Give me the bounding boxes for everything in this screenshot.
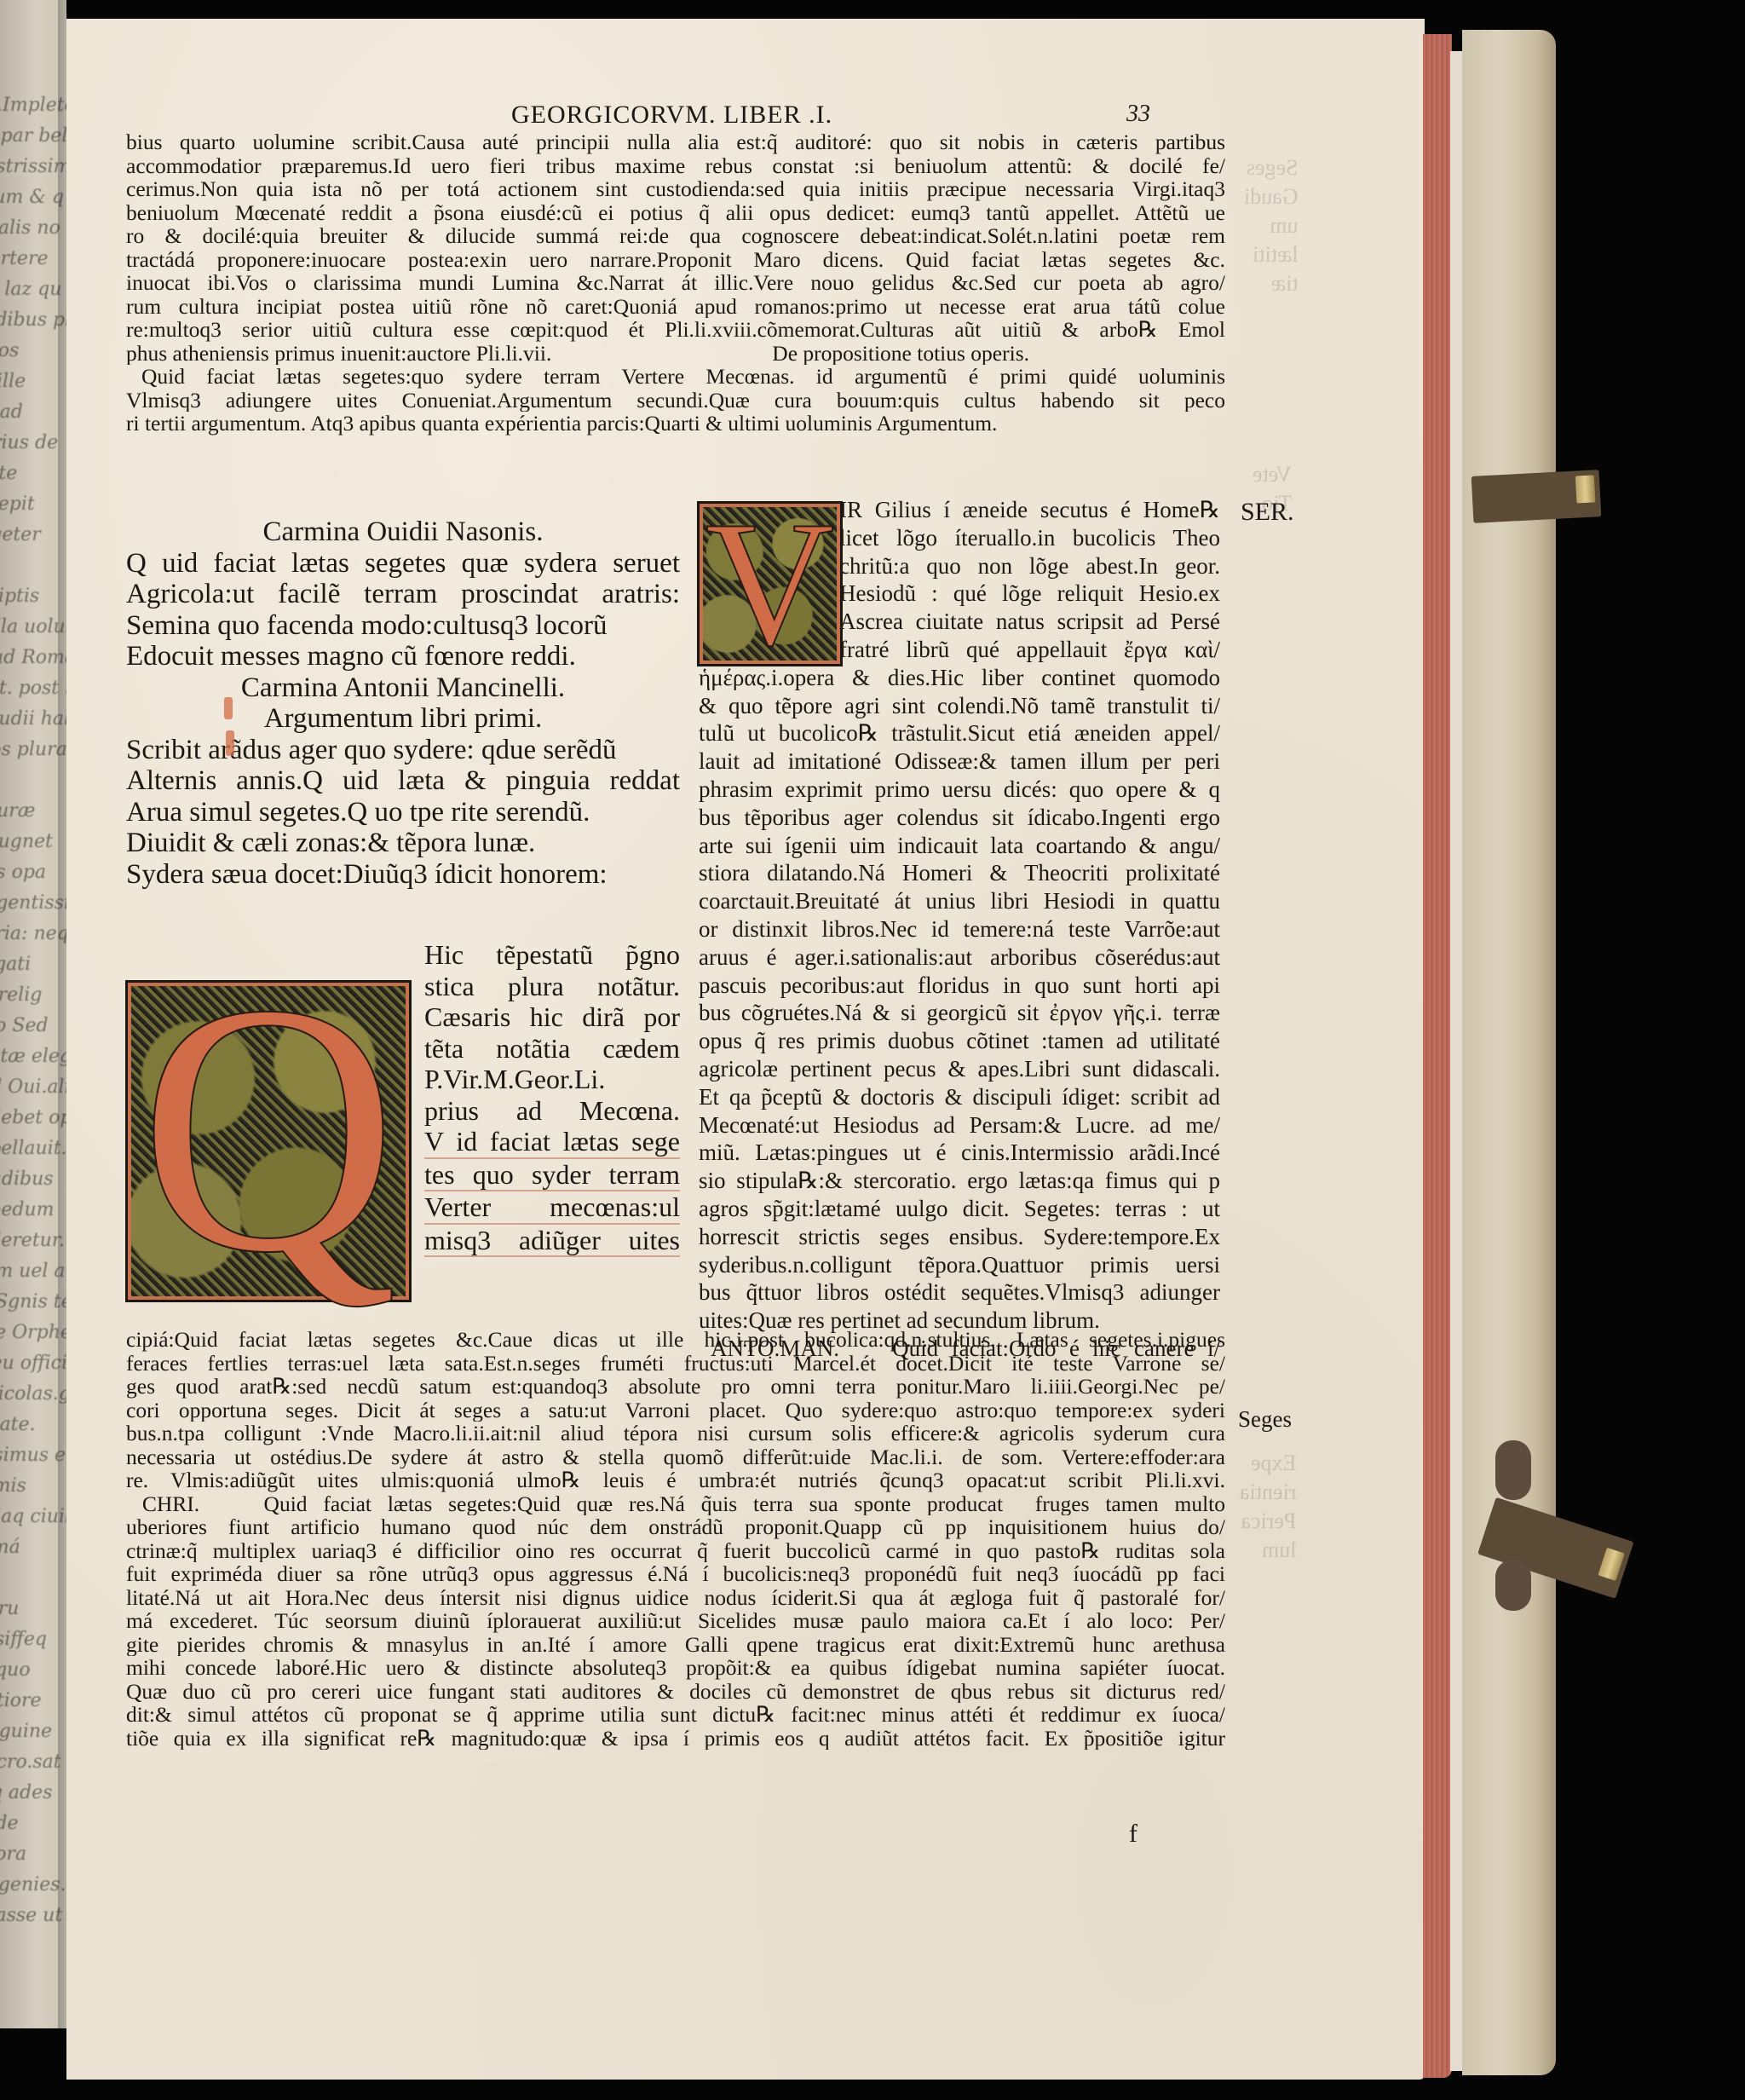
text-line: má excederet. Túc seorsum diuinũ íplorau… <box>126 1609 1225 1633</box>
text-line: agros sp̃git:lætamé uulgo dicit. Segetes… <box>699 1195 1220 1223</box>
facing-page-text: aium uel auditu <box>0 1260 66 1283</box>
text-line: Mecœnaté:ut Hesiodus ad Persam:& Lucre. … <box>699 1111 1220 1139</box>
argument-line: ri tertii argumentum. Atq3 apibus quanta… <box>126 412 1225 436</box>
facing-page-text: septe <box>0 462 66 485</box>
verse-line: Cæsaris hic dirã por <box>424 1001 680 1033</box>
text-line: bus cõgruétes.Ná & si georgicũ sit ἐργον… <box>699 999 1220 1027</box>
ovid-heading: Carmina Ouidii Nasonis. <box>126 516 680 548</box>
text-line: miũ. Lætas:pingues ut é cinis.Intermissi… <box>699 1139 1220 1167</box>
facing-page-text: oportere <box>0 247 66 270</box>
marginal-note-seges: Seges <box>1238 1406 1292 1433</box>
text-line: inuocat ibi.Vos o clarissima mundi Lumin… <box>126 271 1225 295</box>
verse-line: P.Vir.M.Geor.Li. <box>424 1064 680 1095</box>
verse-line: tẽta notãtia cædem <box>424 1033 680 1064</box>
verse-line: Verter mecœnas:ul <box>424 1191 680 1225</box>
text-line: bus tẽporibus ager colendus sit ídicabo.… <box>699 804 1220 832</box>
facing-page-text: bellaq ciuiliu <box>0 1505 66 1528</box>
showthrough-word: tiæ <box>1244 269 1299 298</box>
text-line: licet lõgo íteruallo.in bucolicis Theo <box>839 524 1220 552</box>
facing-page-text: accepit <box>0 493 66 516</box>
text-line: ro & docilé:quia breuiter & dilucide sum… <box>126 224 1225 248</box>
showthrough-lower: ExperientiaPericalum <box>1240 1449 1296 1565</box>
rubric-stroke-a <box>226 730 234 756</box>
showthrough-word: Perica <box>1240 1507 1296 1536</box>
red-fore-edge <box>1423 34 1452 2078</box>
text-line: IR Gilius í æneide secutus é Home℞ <box>839 496 1220 524</box>
verse-line: Agricola:ut facilẽ terram proscindat ara… <box>126 579 680 610</box>
text-line: sio stipula℞:& stercoratio. ergo lætas:q… <box>699 1167 1220 1195</box>
verse-line: V id faciat lætas sege <box>424 1126 680 1159</box>
facing-page-text: elegati <box>0 953 66 976</box>
facing-page-text: terum & q <box>0 186 66 209</box>
verse-line: Scribit arãdus ager quo sydere: qdue ser… <box>126 735 680 766</box>
facing-page-text: Laudibus <box>0 1168 66 1191</box>
facing-page-text: appellauit. Et <box>0 1137 66 1160</box>
text-line: fratré librũ qué appellauit ἔργα καὶ/ <box>839 636 1220 664</box>
facing-page-text: Romá <box>0 1536 66 1559</box>
facing-page-text: diligentissimis <box>0 891 66 914</box>
facing-page-text: ait ille <box>0 370 66 393</box>
facing-page-text: tur par bellis <box>0 124 66 147</box>
verse-line: Edocuit messes magno cũ fœnore reddi. <box>126 641 680 672</box>
facing-page: net.Impleteqtur par bellisillustrissimat… <box>0 0 66 2028</box>
text-line: tulũ ut bucolico℞ trãstulit.Sicut etiá æ… <box>699 719 1220 747</box>
upper-clasp-metal <box>1575 475 1596 503</box>
text-line: & quo tẽpore agri sint colendi.Nõ tamẽ t… <box>699 692 1220 720</box>
verse-line: Hic tẽpestatũ p̃gno <box>424 939 680 971</box>
commentary-right-column: IR Gilius í æneide secutus é Home℞ licet… <box>699 496 1220 1363</box>
showthrough-word: lum <box>1240 1536 1296 1565</box>
text-line: ctrinæ:q̃ multiplex uariaq3 é difficilio… <box>126 1539 1225 1563</box>
verse-line: misq3 adiũger uites <box>424 1225 680 1258</box>
section-heading: De propositione totius operis. <box>772 342 1029 366</box>
showthrough-word: Seges <box>1244 153 1299 182</box>
facing-page-text: Macro.sat <box>0 1751 66 1774</box>
facing-page-text: poetæ elegantis <box>0 1045 66 1068</box>
facing-page-text: Apud Romanis <box>0 646 66 669</box>
text-line: Quæ duo cũ pro cereri uice fungant stati… <box>126 1680 1225 1704</box>
verse-line: tes quo syder terram <box>424 1159 680 1192</box>
text-line: feraces fertlies terras:uel læta sata.Es… <box>126 1352 1225 1376</box>
text-line: bius quarto uolumine scribit.Causa auté … <box>126 130 1225 154</box>
text-line: arte sui ígenii uim indicauit lata coart… <box>699 832 1220 860</box>
lower-clasp-knob-2 <box>1495 1560 1531 1611</box>
text-line: litaté.Ná ut ait Hora.Nec deus íntersit … <box>126 1586 1225 1610</box>
facing-page-text: runt. post hos <box>0 677 66 700</box>
verse-beside-initial-q: Hic tẽpestatũ p̃gno stica plura notãtur.… <box>424 939 680 1257</box>
facing-page-text: cenate. <box>0 1413 66 1436</box>
text-line: fuit expriméda diuer sa rõne utrũq3 opus… <box>126 1562 1225 1586</box>
text-line: lauit ad imitationé Odisseæ:& tamen illu… <box>699 747 1220 776</box>
text-line: ges quod arat℞:sed necdũ satum est:quand… <box>126 1375 1225 1399</box>
text-line: or distinxit libros.Nec id temere:ná tes… <box>699 915 1220 943</box>
verse-line: Alternis annis.Q uid læta & pinguia redd… <box>126 765 680 797</box>
facing-page-text: quos plura <box>0 738 66 761</box>
text-line: agricolæ pertinent pecus & apes.Libri su… <box>699 1055 1220 1083</box>
facing-page-text: is. <box>0 769 66 792</box>
facing-page-text: Tuq ades <box>0 1781 66 1804</box>
facing-page-text: net.Impleteq <box>0 94 66 117</box>
rubric-stroke-c <box>224 697 233 719</box>
vellum-binding <box>1462 30 1556 2075</box>
facing-page-text: des laz qu <box>0 278 66 301</box>
verse-line: Sydera sæua docet:Diuũq3 ídicit honorem: <box>126 859 680 891</box>
facing-page-text: rogalis no minor <box>0 216 66 239</box>
facing-page-text: enderetur. No <box>0 1229 66 1252</box>
facing-page-text: herru <box>0 1597 66 1620</box>
text-line: chritũ:a quo non lõge abest.In geor. <box>839 552 1220 580</box>
text-line: pascuis pecoribus:aut floridus in quo su… <box>699 972 1220 1000</box>
text-line: re. Vlmis:adiũgũt uites ulmis:quoniá ulm… <box>126 1468 1225 1492</box>
woodcut-initial-q-icon: Q <box>125 980 412 1302</box>
facing-page-text: le debet opus. <box>0 1106 66 1129</box>
verse-line: stica plura notãtur. <box>424 971 680 1002</box>
facing-page-text: é de Orpheo & <box>0 1321 66 1344</box>
text-line: accommodatior præparemus.Id uero fieri t… <box>126 154 1225 178</box>
text-line: CHRI. Quid faciat lætas segetes:Quid quæ… <box>126 1492 1225 1516</box>
showthrough-word: Expe <box>1240 1449 1296 1478</box>
verse-line: Arua simul segetes.Q uo tpe rite serendũ… <box>126 797 680 828</box>
facing-page-text: illustrissima <box>0 155 66 178</box>
argument-line: Quid faciat lætas segetes:quo sydere ter… <box>126 365 1225 389</box>
text-line: phus atheniensis primus inuenit:auctore … <box>126 342 1225 366</box>
facing-page-text: agricolas.georgo <box>0 1382 66 1405</box>
facing-page-text: imt <box>0 554 66 577</box>
facing-page-text: ideo Sed <box>0 1014 66 1037</box>
initial-letter: Q <box>128 957 409 1300</box>
text-line: cipiá:Quid faciat lætas segetes &c.Caue … <box>126 1328 1225 1352</box>
text-line: cerimus.Non quia ista nõ per totá action… <box>126 177 1225 201</box>
text-line: uberiores fiunt artificio humano quod nú… <box>126 1515 1225 1539</box>
text-line: rum cultura incipiat postea uitiũ rõne n… <box>126 295 1225 319</box>
text-line: syderibus.n.colligunt tẽpora.Quattuor pr… <box>699 1251 1220 1279</box>
facing-page-text: Curius de <box>0 431 66 454</box>
facing-page-text: sanguine <box>0 1720 66 1743</box>
text-line: aruus é ager.i.sationalis:aut arboribus … <box>699 943 1220 972</box>
text-line: tiõe quia ex illa significat re℞ magnitu… <box>126 1727 1225 1751</box>
text-line: Ascrea ciuitate natus scripsit ad Persé <box>839 608 1220 636</box>
facing-page-text: s studii habent <box>0 707 66 730</box>
text-line: ἡμέρας.i.opera & dies.Hic liber continet… <box>699 664 1220 692</box>
showthrough-top: SegesGaudiumlætititiæ <box>1244 153 1299 298</box>
showthrough-word: lætiti <box>1244 240 1299 269</box>
facing-page-text: agros <box>0 339 66 362</box>
text-line: re:multoq3 serior uitiũ cultura esse cœp… <box>126 318 1225 342</box>
facing-page-text: lingeter <box>0 523 66 546</box>
facing-page-text: s seu officii.Gea <box>0 1352 66 1375</box>
facing-page-text: laudibus pl <box>0 309 66 332</box>
showthrough-word: rientia <box>1240 1478 1296 1507</box>
commentary-top: bius quarto uolumine scribit.Causa auté … <box>126 130 1225 436</box>
facing-page-text: labora <box>0 1843 66 1866</box>
text-line: necessaria ut ostédius.De sydere át astr… <box>126 1445 1225 1469</box>
facing-page-text: progenies. <box>0 1873 66 1896</box>
text-line: coarctauit.Breuitaté át unius libri Hesi… <box>699 887 1220 915</box>
showthrough-word: Vete <box>1253 460 1292 489</box>
showthrough-word: Gaudi <box>1244 182 1299 211</box>
text-line: mihi concede laboré.Hic uero & distincte… <box>126 1656 1225 1680</box>
text-line: dit:& simul attétos cũ proponat se q̃ ap… <box>126 1703 1225 1727</box>
commentary-bottom: cipiá:Quid faciat lætas segetes &c.Caue … <box>126 1328 1225 1750</box>
facing-page-text: tro ad <box>0 401 66 424</box>
text-line: cori opportuna seges. Dicit át seges a s… <box>126 1399 1225 1422</box>
facing-page-text: Sed Oui.aliter <box>0 1076 66 1099</box>
facing-page-text: Re <box>0 1566 66 1589</box>
facing-page-text: noiasse ut Fa <box>0 1904 66 1927</box>
facing-page-text: repugnet <box>0 830 66 853</box>
facing-page-text: mella uolume <box>0 615 66 638</box>
argument-line: Vlmisq3 adiungere uites Conueniat.Argume… <box>126 389 1225 412</box>
verse-column: Carmina Ouidii Nasonis. Q uid faciat læt… <box>126 516 680 890</box>
argument-heading: Argumentum libri primi. <box>126 703 680 735</box>
lower-clasp-knob <box>1495 1440 1531 1500</box>
text-line: phrasim exprimit primo uersu dicés: quo … <box>699 776 1220 804</box>
text-line: bus q̃ttuor libros ostédit sequẽtes.Vlmi… <box>699 1278 1220 1307</box>
verse-line: prius ad Mecœna. <box>424 1095 680 1127</box>
lower-clasp-metal <box>1598 1548 1624 1581</box>
verse-line: Q uid faciat lætas segetes quæ sydera se… <box>126 548 680 580</box>
facing-page-text: naturæ <box>0 799 66 822</box>
facing-page-text: de Sgnis tepest <box>0 1290 66 1313</box>
showthrough-word: um <box>1244 211 1299 240</box>
facing-page-text: no de <box>0 1812 66 1835</box>
facing-page-text: gloria: neq <box>0 922 66 945</box>
facing-page-text: Vir.relig <box>0 984 66 1007</box>
text-line: gite pierides chromis & mnasylus in an.I… <box>126 1633 1225 1657</box>
facing-page-text: ibus opa <box>0 861 66 884</box>
upper-clasp-icon <box>1471 470 1602 523</box>
text-line: tractádá proponere:inuocare postea:exin … <box>126 248 1225 272</box>
facing-page-text: Scriptis <box>0 585 66 608</box>
facing-page-text: rectiore <box>0 1689 66 1712</box>
running-head-title: GEORGICORVM. LIBER .I. <box>511 101 832 130</box>
verse-line: Semina quo facenda modo:cultusq3 locorũ <box>126 610 680 642</box>
marginal-note-ser: SER. <box>1241 498 1294 527</box>
facing-page-text: masiffeq <box>0 1628 66 1651</box>
facing-page-text: habedum <box>0 1198 66 1221</box>
text-line-left: phus atheniensis primus inuenit:auctore … <box>126 342 551 366</box>
text-line: horrescit strictis seges ensibus. Sydere… <box>699 1223 1220 1251</box>
text-line: Hesiodũ : qué lõge reliquit Hesio.ex <box>839 580 1220 608</box>
facing-page-text: dissimus erat <box>0 1444 66 1467</box>
text-line: opus q̃ res primis duobus cõtinet :tamen… <box>699 1027 1220 1055</box>
facing-page-text: de quo <box>0 1659 66 1682</box>
text-line: stiora dilatando.Ná Homeri & Theocriti p… <box>699 859 1220 887</box>
verse-line: Diuidit & cæli zonas:& tẽpora lunæ. <box>126 828 680 859</box>
facing-page-text: primis <box>0 1474 66 1497</box>
text-line: bus.n.tpa colligunt :Vnde Macro.li.ii.ai… <box>126 1422 1225 1445</box>
page-number: 33 <box>1126 101 1150 128</box>
signature-mark: f <box>1129 1820 1137 1849</box>
text-line: Et qa p̃ceptũ & doctoris & discipuli ídi… <box>699 1083 1220 1111</box>
mancinelli-heading: Carmina Antonii Mancinelli. <box>126 672 680 704</box>
text-line: beniuolum Mœcenaté reddit a p̃sona eiusd… <box>126 201 1225 225</box>
